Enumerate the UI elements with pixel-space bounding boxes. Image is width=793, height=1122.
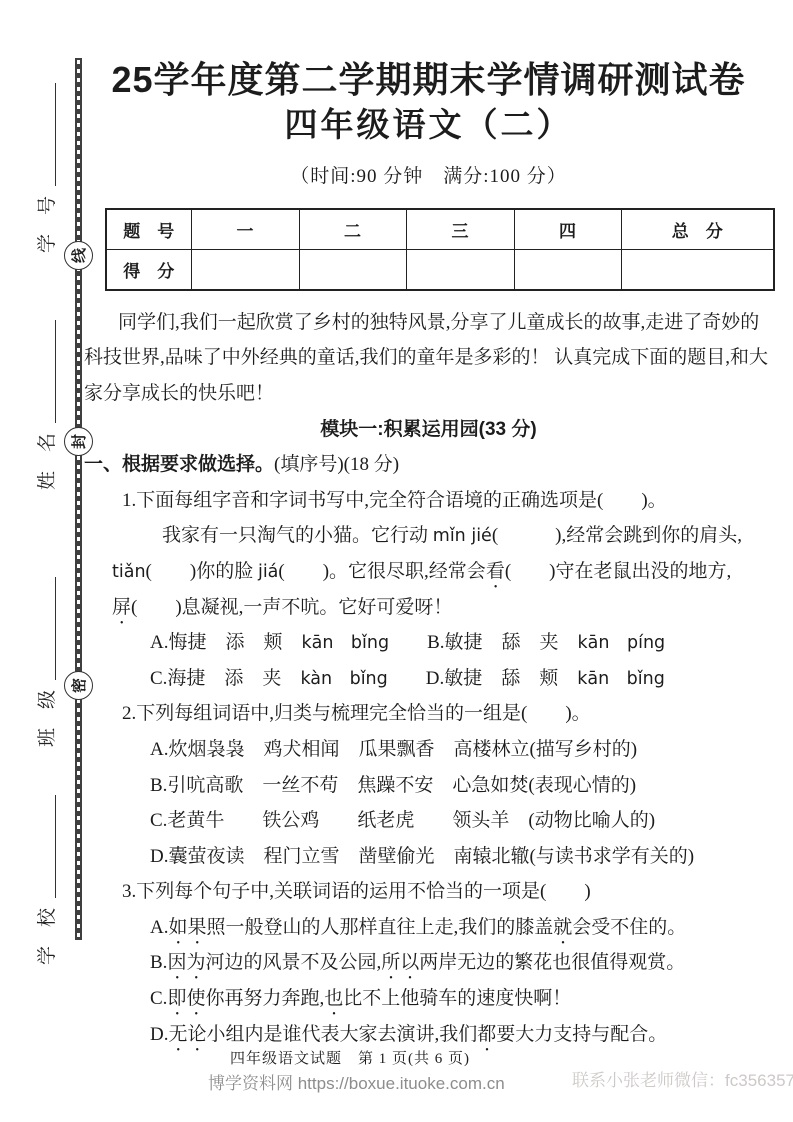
write-in-blank-line (55, 577, 56, 680)
class-label: 班 级 (36, 577, 60, 747)
school-label: 学 校 (36, 795, 60, 965)
contact-watermark: 联系小张老师微信：fc356357 (572, 1066, 793, 1091)
text-segment: 就 (553, 917, 572, 938)
text-segment: 即使 (167, 988, 205, 1009)
score-table-header-cell: 二 (299, 209, 406, 250)
seal-char-label: 封 (68, 434, 89, 449)
text-segment: 因为 (167, 952, 205, 973)
student-number-label: 学 号 (36, 83, 60, 253)
text-segment: 你再努力奔跑, (205, 988, 324, 1009)
exam-title: 25学年度第二学期期末学情调研测试卷 (84, 58, 773, 101)
text-segment: B. (150, 952, 167, 973)
time-and-score-meta: （时间:90 分钟 满分:100 分） (84, 161, 773, 188)
intro-line: 家分享成长的快乐吧！ (84, 376, 773, 412)
main-column: 25学年度第二学期期末学情调研测试卷 四年级语文（二） （时间:90 分钟 满分… (84, 0, 773, 1052)
text-line: tiǎn( )你的脸 jiá( )。它很尽职,经常会看( )守在老鼠出没的地方, (84, 554, 773, 590)
text-segment: kān bǐng (577, 669, 665, 689)
text-segment: D. (150, 1024, 168, 1045)
write-in-blank-line (55, 320, 56, 423)
score-value-cell (621, 249, 774, 290)
page-number-label: 四年级语文试题 第 1 页(共 6 页) (84, 1047, 616, 1068)
text-segment: B.敏捷 舔 夹 (389, 632, 577, 653)
text-segment: 一、根据要求做选择。 (84, 454, 274, 475)
binding-stitch-line (75, 58, 82, 940)
score-value-cell (406, 249, 514, 290)
score-value-cell (191, 249, 299, 290)
module-1-heading: 模块一:积累运用园(33 分) (84, 412, 773, 448)
text-segment: mǐn jié (433, 526, 492, 546)
question-1-stem: 1.下面每组字音和字词书写中,完全符合语境的正确选项是( )。 (84, 483, 773, 519)
text-segment: 小组内是谁代表大家去演讲,我们 (207, 1024, 478, 1045)
write-in-blank-line (55, 83, 56, 186)
text-line: D.囊萤夜读 程门立雪 凿壁偷光 南辕北辙(与读书求学有关的) (84, 839, 773, 875)
text-segment: C.海捷 添 夹 (150, 668, 300, 689)
score-table-header-cell: 三 (406, 209, 514, 250)
text-segment: D.囊萤夜读 程门立雪 凿壁偷光 南辕北辙(与读书求学有关的) (150, 846, 694, 867)
text-segment: 无论 (168, 1024, 206, 1045)
seal-char-xian: 线 (64, 241, 93, 270)
text-segment: C. (150, 988, 167, 1009)
question-1-options: A.悔捷 添 颊 kān bǐng B.敏捷 舔 夹 kān píngC.海捷 … (84, 625, 773, 696)
question-2-stem: 2.下列每组词语中,归类与梳理完全恰当的一组是( )。 (84, 696, 773, 732)
text-segment: 会受不住的。 (572, 917, 686, 938)
source-site-label: 博学资料网 https://boxue.ituoke.com.cn (208, 1069, 505, 1094)
score-table-header-cell: 题 号 (106, 209, 191, 250)
text-line: 我家有一只淘气的小猫。它行动 mǐn jié( ),经常会跳到你的肩头, (84, 518, 773, 554)
text-segment: 河边的风景不及公园, (205, 952, 381, 973)
text-segment: D.敏捷 舔 颊 (388, 668, 577, 689)
text-line: C.海捷 添 夹 kàn bǐng D.敏捷 舔 颊 kān bǐng (84, 661, 773, 697)
text-segment: 如果 (168, 917, 206, 938)
text-segment: 照一般登山的人那样直往上走,我们的膝盖 (207, 917, 554, 938)
text-segment: ( )息凝视,一声不吭。它好可爱呀！ (131, 597, 452, 618)
section-1-heading: 一、根据要求做选择。(填序号)(18 分) (84, 447, 773, 483)
seal-char-label: 线 (68, 248, 89, 263)
text-line: A.炊烟袅袅 鸡犬相闻 瓜果飘香 高楼林立(描写乡村的) (84, 732, 773, 768)
score-value-cell (514, 249, 621, 290)
text-segment: kān bǐng (301, 633, 389, 653)
text-segment: C.老黄牛 铁公鸡 纸老虎 领头羊 (动物比喻人的) (150, 810, 655, 831)
text-segment: tiǎn (112, 562, 146, 582)
text-line: C.老黄牛 铁公鸡 纸老虎 领头羊 (动物比喻人的) (84, 803, 773, 839)
score-table-header-cell: 一 (191, 209, 299, 250)
question-3-stem: 3.下列每个句子中,关联词语的运用不恰当的一项是( ) (84, 874, 773, 910)
text-segment: 要大力支持与配合。 (496, 1024, 667, 1045)
text-segment: 所以 (381, 952, 419, 973)
exam-subtitle: 四年级语文（二） (84, 107, 773, 147)
question-3-options: A.如果照一般登山的人那样直往上走,我们的膝盖就会受不住的。B.因为河边的风景不… (84, 910, 773, 1052)
text-segment: ( ),经常会跳到你的肩头, (492, 525, 742, 546)
text-segment: 看 (486, 561, 505, 582)
text-line: B.因为河边的风景不及公园,所以两岸无边的繁花也很值得观赏。 (84, 945, 773, 981)
question-2-options: A.炊烟袅袅 鸡犬相闻 瓜果飘香 高楼林立(描写乡村的)B.引吭高歌 一丝不苟 … (84, 732, 773, 874)
seal-char-mi: 密 (64, 671, 93, 700)
score-table-header-cell: 四 (514, 209, 621, 250)
score-value-cell (299, 249, 406, 290)
question-1-passage: 我家有一只淘气的小猫。它行动 mǐn jié( ),经常会跳到你的肩头,tiǎn… (84, 518, 773, 625)
text-segment: A.炊烟袅袅 鸡犬相闻 瓜果飘香 高楼林立(描写乡村的) (150, 739, 637, 760)
text-segment: B.引吭高歌 一丝不苟 焦躁不安 心急如焚(表现心情的) (150, 775, 636, 796)
text-segment: 屏 (112, 597, 131, 618)
text-segment: 也 (324, 988, 343, 1009)
intro-line: 科技世界,品味了中外经典的童话,我们的童年是多彩的！ 认真完成下面的题目,和大 (84, 340, 773, 376)
text-segment: (填序号)(18 分) (274, 454, 399, 475)
score-table: 题 号 一 二 三 四 总 分 得 分 (105, 208, 775, 291)
text-segment: ( )。它很尽职,经常会 (278, 561, 485, 582)
text-line: A.如果照一般登山的人那样直往上走,我们的膝盖就会受不住的。 (84, 910, 773, 946)
text-segment: 两岸无边的繁花也很值得观赏。 (419, 952, 685, 973)
text-segment: kàn bǐng (300, 669, 387, 689)
text-segment: A.悔捷 添 颊 (150, 632, 301, 653)
write-in-blank-line (55, 795, 56, 898)
side-label-text: 姓 名 (36, 433, 60, 490)
text-segment: 都 (477, 1024, 496, 1045)
exam-paper-page: 线 封 密 学 号 姓 名 班 级 学 校 25学年度第二学期期末学情调研测试卷… (0, 0, 793, 1122)
exam-body: 同学们,我们一起欣赏了乡村的独特风景,分享了儿童成长的故事,走进了奇妙的 科技世… (84, 305, 773, 1052)
score-row-label-cell: 得 分 (106, 249, 191, 290)
text-segment: ( )你的脸 (146, 561, 258, 582)
text-segment: ( )守在老鼠出没的地方, (505, 561, 731, 582)
text-segment: 我家有一只淘气的小猫。它行动 (162, 525, 433, 546)
intro-line: 同学们,我们一起欣赏了乡村的独特风景,分享了儿童成长的故事,走进了奇妙的 (84, 305, 773, 341)
student-name-label: 姓 名 (36, 320, 60, 490)
seal-char-label: 密 (68, 678, 89, 693)
side-label-text: 学 号 (36, 196, 60, 253)
text-line: C.即使你再努力奔跑,也比不上他骑车的速度快啊！ (84, 981, 773, 1017)
text-segment: A. (150, 917, 168, 938)
score-table-header-row: 题 号 一 二 三 四 总 分 (106, 209, 774, 250)
text-line: 屏( )息凝视,一声不吭。它好可爱呀！ (84, 590, 773, 626)
text-line: A.悔捷 添 颊 kān bǐng B.敏捷 舔 夹 kān píng (84, 625, 773, 661)
side-label-text: 班 级 (36, 690, 60, 747)
text-segment: jiá (258, 562, 278, 582)
text-segment: kān píng (578, 633, 666, 653)
text-line: B.引吭高歌 一丝不苟 焦躁不安 心急如焚(表现心情的) (84, 768, 773, 804)
seal-char-feng: 封 (64, 427, 93, 456)
text-segment: 比不上他骑车的速度快啊！ (343, 988, 571, 1009)
score-table-score-row: 得 分 (106, 249, 774, 290)
score-table-header-cell: 总 分 (621, 209, 774, 250)
side-label-text: 学 校 (36, 908, 60, 965)
